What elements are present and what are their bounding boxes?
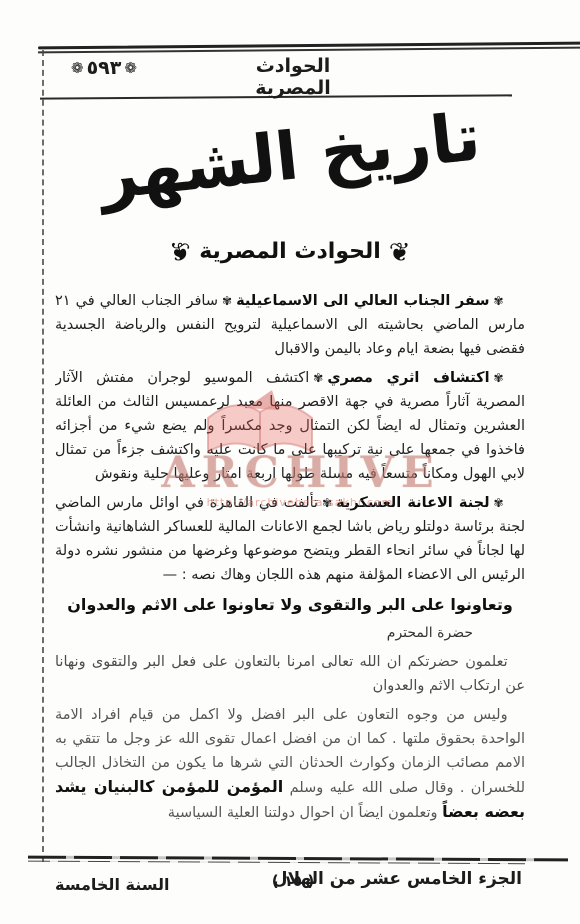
article-body: اكتشف الموسيو لوجران مفتش الآثار المصرية… <box>55 370 525 482</box>
article-heading: سفر الجناب العالي الى الاسماعيلية <box>236 293 489 309</box>
florette-icon: ✾ <box>490 371 508 385</box>
florette-icon: ✾ <box>218 294 236 308</box>
florette-icon: ✾ <box>309 371 327 385</box>
florette-icon: ❁ <box>68 59 87 77</box>
article: ✾لجنة الاعانة العسكرية✾تألفت في القاهرة … <box>55 491 525 587</box>
scanned-journal-page: ❁٥٩٣❁ الحوادث المصرية تاريخ الشهر ❦الحوا… <box>0 0 580 924</box>
page-body: ✾سفر الجناب العالي الى الاسماعيلية✾سافر … <box>55 289 525 855</box>
letter-paragraph: تعلمون حضرتكم ان الله تعالى امرنا بالتعا… <box>55 650 525 698</box>
quran-quote: وتعاونوا على البر والتقوى ولا تعاونوا عل… <box>55 593 525 617</box>
bottom-rule <box>28 856 568 865</box>
letter-paragraph: وليس من وجوه التعاون على البر افضل ولا ا… <box>55 703 525 825</box>
scroll-ornament-icon: ❦ <box>161 238 199 268</box>
florette-icon: ✾ <box>490 294 508 308</box>
article-heading: اكتشاف اثري مصري <box>327 370 489 386</box>
florette-icon: ❁ <box>121 59 140 77</box>
footer-page-number: ( ١٥ ) <box>238 872 348 890</box>
masthead-subtitle-row: ❦الحوادث المصرية❦ <box>0 238 580 268</box>
scroll-ornament-icon: ❦ <box>381 238 419 268</box>
masthead-subtitle: الحوادث المصرية <box>199 239 381 264</box>
letter-text: وتعلمون ايضاً ان احوال دولتنا العلية الس… <box>168 805 442 821</box>
florette-icon: ✾ <box>490 496 508 510</box>
footer-year: السنة الخامسة <box>55 875 170 894</box>
top-double-rule <box>38 42 580 53</box>
page-footer: الجزء الخامس عشر من الهلال ( ١٥ ) السنة … <box>0 869 580 903</box>
article: ✾سفر الجناب العالي الى الاسماعيلية✾سافر … <box>55 289 525 361</box>
article-heading: لجنة الاعانة العسكرية <box>336 495 489 511</box>
salutation: حضرة المحترم <box>55 621 473 645</box>
florette-icon: ✾ <box>318 496 336 510</box>
page-number: ❁٥٩٣❁ <box>68 57 140 79</box>
running-head: الحوادث المصرية <box>228 55 358 99</box>
article: ✾اكتشاف اثري مصري✾اكتشف الموسيو لوجران م… <box>55 366 525 486</box>
page-number-value: ٥٩٣ <box>87 57 122 79</box>
